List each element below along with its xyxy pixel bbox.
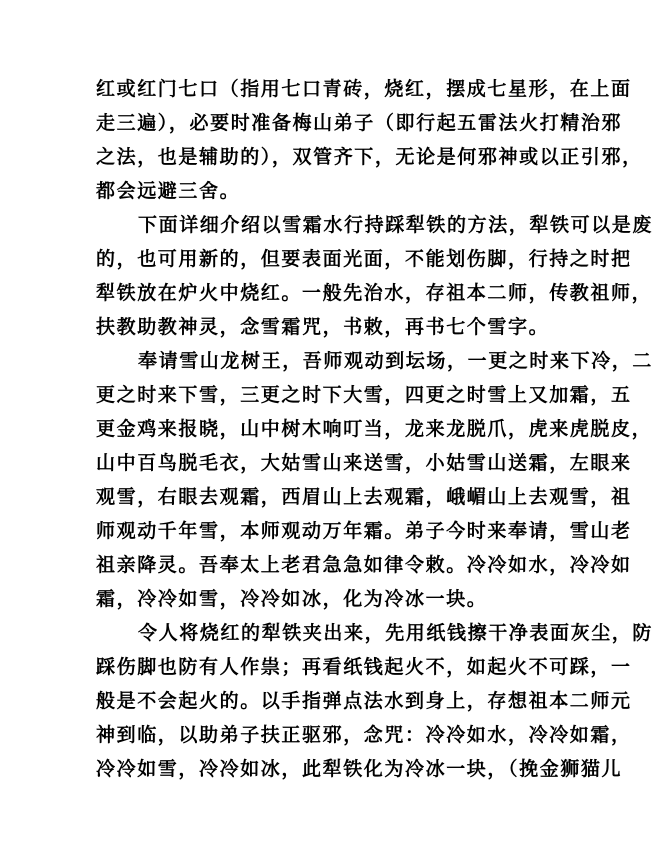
text-line: 奉请雪山龙树王，吾师观动到坛场，一更之时来下冷，二 (96, 344, 558, 378)
text-line: 冷冷如雪，冷冷如冰，此犁铁化为冷冰一块，（挽金狮猫儿 (96, 752, 558, 786)
text-line: 般是不会起火的。以手指弹点法水到身上，存想祖本二师元 (96, 684, 558, 718)
text-line: 都会远避三舍。 (96, 174, 558, 208)
text-line: 师观动千年雪，本师观动万年霜。弟子今时来奉请，雪山老 (96, 514, 558, 548)
paragraph-2: 下面详细介绍以雪霜水行持踩犁铁的方法，犁铁可以是废 的，也可用新的，但要表面光面… (96, 208, 558, 344)
text-line: 扶教助教神灵，念雪霜咒，书敕，再书七个雪字。 (96, 310, 558, 344)
text-line: 山中百鸟脱毛衣，大姑雪山来送雪，小姑雪山送霜，左眼来 (96, 446, 558, 480)
text-line: 更之时来下雪，三更之时下大雪，四更之时雪上又加霜，五 (96, 378, 558, 412)
text-line: 犁铁放在炉火中烧红。一般先治水，存祖本二师，传教祖师， (96, 276, 558, 310)
document-page: 红或红门七口（指用七口青砖，烧红，摆成七星形，在上面 走三遍），必要时准备梅山弟… (96, 72, 558, 786)
text-line: 走三遍），必要时准备梅山弟子（即行起五雷法火打精治邪 (96, 106, 558, 140)
text-line: 祖亲降灵。吾奉太上老君急急如律令敕。冷冷如水，冷冷如 (96, 548, 558, 582)
text-line: 红或红门七口（指用七口青砖，烧红，摆成七星形，在上面 (96, 72, 558, 106)
text-line: 观雪，右眼去观霜，西眉山上去观霜，峨嵋山上去观雪，祖 (96, 480, 558, 514)
text-line: 令人将烧红的犁铁夹出来，先用纸钱擦干净表面灰尘，防 (96, 616, 558, 650)
text-line: 之法，也是辅助的），双管齐下，无论是何邪神或以正引邪， (96, 140, 558, 174)
text-line: 霜，冷冷如雪，冷冷如冰，化为冷冰一块。 (96, 582, 558, 616)
text-line: 踩伤脚也防有人作祟；再看纸钱起火不，如起火不可踩，一 (96, 650, 558, 684)
paragraph-3: 奉请雪山龙树王，吾师观动到坛场，一更之时来下冷，二 更之时来下雪，三更之时下大雪… (96, 344, 558, 616)
text-line: 更金鸡来报晓，山中树木响叮当，龙来龙脱爪，虎来虎脱皮， (96, 412, 558, 446)
text-line: 下面详细介绍以雪霜水行持踩犁铁的方法，犁铁可以是废 (96, 208, 558, 242)
text-line: 的，也可用新的，但要表面光面，不能划伤脚，行持之时把 (96, 242, 558, 276)
paragraph-4: 令人将烧红的犁铁夹出来，先用纸钱擦干净表面灰尘，防 踩伤脚也防有人作祟；再看纸钱… (96, 616, 558, 786)
text-line: 神到临，以助弟子扶正驱邪，念咒：冷冷如水，冷冷如霜， (96, 718, 558, 752)
paragraph-1: 红或红门七口（指用七口青砖，烧红，摆成七星形，在上面 走三遍），必要时准备梅山弟… (96, 72, 558, 208)
